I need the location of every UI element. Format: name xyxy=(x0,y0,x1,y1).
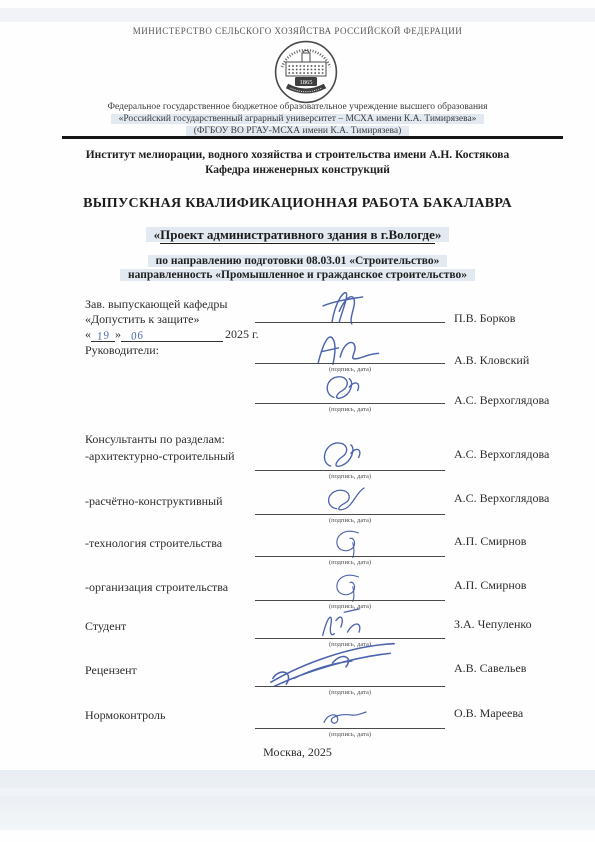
signer-name: А.В. Кловский xyxy=(454,353,529,368)
signer-name: А.С. Верхоглядова xyxy=(454,447,549,462)
signature-line xyxy=(255,470,445,471)
date-line: «19»062025 г. xyxy=(85,327,259,342)
signer-name: А.П. Смирнов xyxy=(454,578,526,593)
signature-caption: (подпись, дата) xyxy=(255,731,445,738)
document-page: МИНИСТЕРСТВО СЕЛЬСКОГО ХОЗЯЙСТВА РОССИЙС… xyxy=(0,0,595,842)
signer-name: З.А. Чепуленко xyxy=(454,617,532,632)
program-line-2: направленность «Промышленное и гражданск… xyxy=(0,269,595,281)
org-name-line-2-text: «Российский государственный аграрный уни… xyxy=(111,114,485,124)
department-line: Кафедра инженерных конструкций xyxy=(0,164,595,176)
signature-caption: (подпись, дата) xyxy=(255,559,445,566)
signature-caption: (подпись, дата) xyxy=(255,406,445,413)
signature-line xyxy=(255,728,445,729)
consultants-label: Консультанты по разделам: xyxy=(85,432,225,447)
date-year: 2025 г. xyxy=(223,327,259,341)
thesis-title-highlight: «Проект административного здания в г.Вол… xyxy=(146,227,450,242)
scan-artifact-band-top xyxy=(0,8,595,22)
signer-name: А.С. Верхоглядова xyxy=(454,393,549,408)
work-type-title: ВЫПУСКНАЯ КВАЛИФИКАЦИОННАЯ РАБОТА БАКАЛА… xyxy=(0,196,595,212)
signer-name: О.В. Мареева xyxy=(454,706,523,721)
org-name-line-3-text: (ФГБОУ ВО РГАУ-МСХА имени К.А. Тимирязев… xyxy=(186,126,410,136)
role-label: -организация строительства xyxy=(85,580,228,595)
signature-scribble xyxy=(305,284,395,326)
signature-scribble xyxy=(305,435,390,475)
role-label: Рецензент xyxy=(85,663,137,678)
thesis-title: «Проект административного здания в г.Вол… xyxy=(0,227,595,243)
org-name-line-1: Федеральное государственное бюджетное об… xyxy=(0,102,595,112)
city-year: Москва, 2025 xyxy=(0,745,595,760)
dept-head-label: Зав. выпускающей кафедры xyxy=(85,297,228,312)
org-name-line-3: (ФГБОУ ВО РГАУ-МСХА имени К.А. Тимирязев… xyxy=(0,126,595,136)
thesis-title-text: Проект административного здания в г.Воло… xyxy=(160,227,435,244)
signature-scribble xyxy=(305,368,390,408)
role-label: -технология строительства xyxy=(85,536,222,551)
signature-caption: (подпись, дата) xyxy=(255,689,445,696)
signature-line xyxy=(255,556,445,557)
program-line-1: по направлению подготовки 08.03.01 «Стро… xyxy=(0,255,595,267)
program-line-2-text: направленность «Промышленное и гражданск… xyxy=(120,269,475,281)
handwritten-month: 06 xyxy=(130,329,145,343)
role-label: Студент xyxy=(85,619,126,634)
date-month-slot: 06 xyxy=(121,328,223,342)
signer-name: А.С. Верхоглядова xyxy=(454,491,549,506)
role-label: -расчётно-конструктивный xyxy=(85,494,223,509)
org-name-line-2: «Российский государственный аграрный уни… xyxy=(0,114,595,124)
scan-artifact-band-bottom xyxy=(0,770,595,830)
signature-line xyxy=(255,600,445,601)
signature-scribble xyxy=(300,326,395,368)
signer-name: А.В. Савельев xyxy=(454,661,526,676)
signature-line xyxy=(255,403,445,404)
role-label: -архитектурно-строительный xyxy=(85,449,235,464)
signature-line xyxy=(255,514,445,515)
signature-scribble xyxy=(265,636,400,688)
date-day-slot: 19 xyxy=(91,328,115,342)
university-emblem: 1865 xyxy=(274,40,338,104)
signature-line xyxy=(255,363,445,364)
institute-line: Институт мелиорации, водного хозяйства и… xyxy=(0,149,595,161)
thesis-quote-close: » xyxy=(435,227,442,242)
handwritten-day: 19 xyxy=(96,329,111,343)
signer-name: П.В. Борков xyxy=(454,311,515,326)
signature-line xyxy=(255,322,445,323)
signature-scribble xyxy=(312,700,387,730)
signer-name: А.П. Смирнов xyxy=(454,534,526,549)
supervisors-label: Руководители: xyxy=(85,343,159,358)
program-line-1-text: по направлению подготовки 08.03.01 «Стро… xyxy=(148,255,448,267)
signature-line xyxy=(255,686,445,687)
role-label: Нормоконтроль xyxy=(85,708,165,723)
admit-label: «Допустить к защите» xyxy=(85,312,199,327)
emblem-year: 1865 xyxy=(300,79,313,86)
header-rule xyxy=(62,136,563,139)
ministry-line: МИНИСТЕРСТВО СЕЛЬСКОГО ХОЗЯЙСТВА РОССИЙС… xyxy=(0,26,595,36)
signature-caption: (подпись, дата) xyxy=(255,473,445,480)
